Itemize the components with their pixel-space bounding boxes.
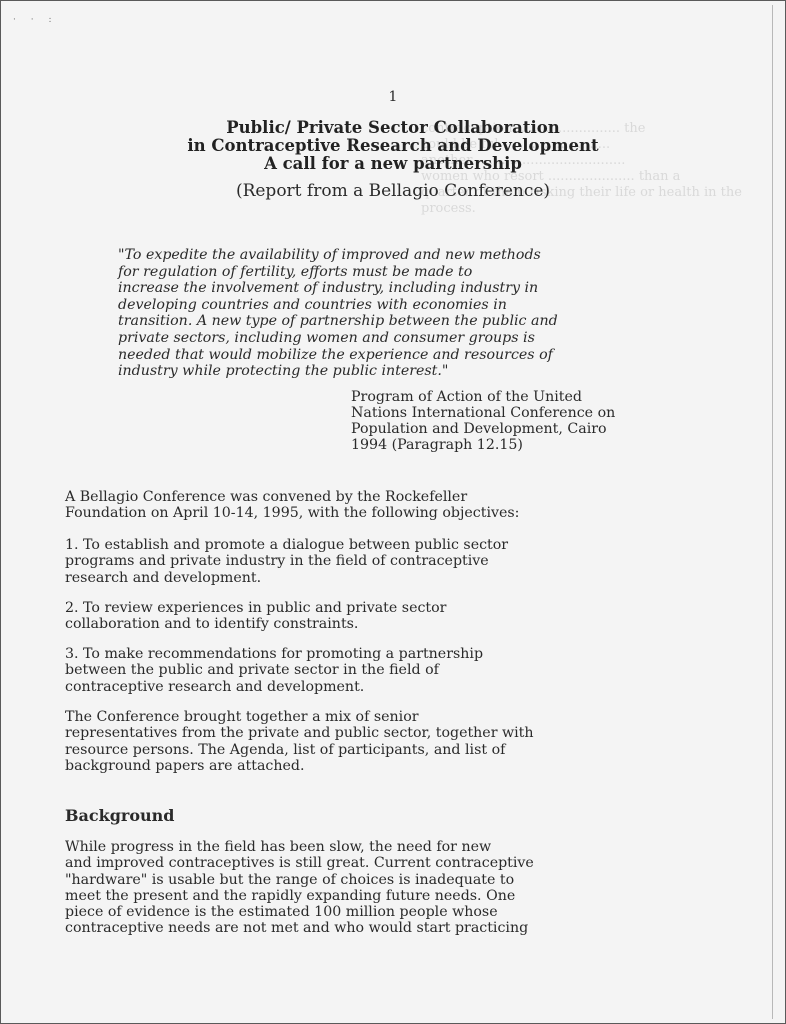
- quote-attribution: Program of Action of the United Nations …: [351, 389, 731, 453]
- objective-1: 1. To establish and promote a dialogue b…: [65, 537, 735, 586]
- conference-paragraph: The Conference brought together a mix of…: [65, 709, 735, 774]
- objective-2: 2. To review experiences in public and p…: [65, 600, 735, 633]
- title-line-2: in Contraceptive Research and Developmen…: [1, 137, 785, 155]
- intro-paragraph: A Bellagio Conference was convened by th…: [65, 489, 735, 522]
- page-number: 1: [1, 89, 785, 105]
- objective-3: 3. To make recommendations for promoting…: [65, 646, 735, 695]
- scan-artifact: · · :: [13, 15, 57, 25]
- section-heading-background: Background: [65, 806, 174, 825]
- document-page: · · : contraception ....................…: [0, 0, 786, 1024]
- subtitle: (Report from a Bellagio Conference): [1, 181, 785, 201]
- title-line-3: A call for a new partnership: [1, 155, 785, 173]
- title-line-1: Public/ Private Sector Collaboration: [1, 119, 785, 137]
- title-block: Public/ Private Sector Collaboration in …: [1, 119, 785, 201]
- background-paragraph: While progress in the field has been slo…: [65, 839, 735, 937]
- epigraph-quote: "To expedite the availability of improve…: [118, 247, 698, 380]
